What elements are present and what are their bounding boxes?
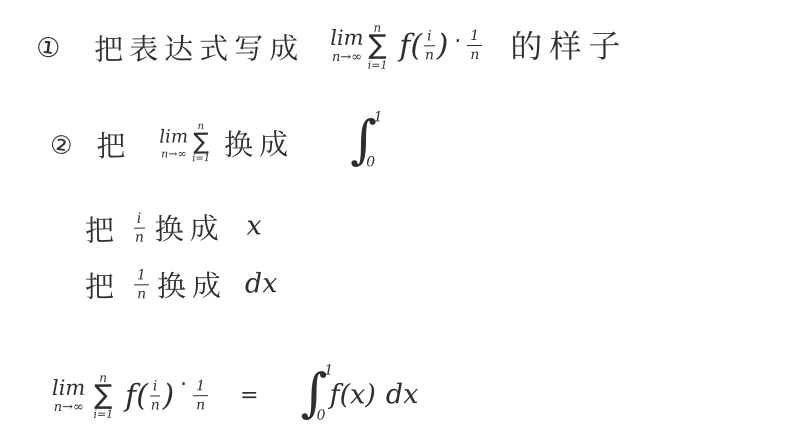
fraction-1-over-n: 1 n [134, 268, 149, 301]
sum-block: n ∑ i=1 [93, 371, 113, 420]
f-close-paren: ) [162, 378, 174, 413]
step1-bullet: ① [34, 31, 62, 65]
sum-block: n ∑ i=1 [367, 22, 387, 71]
fraction-1-over-n: 1 n [467, 29, 482, 62]
lim-subscript: n→∞ [161, 148, 187, 159]
f-open-paren: f( [125, 378, 148, 413]
variable-x: x [246, 210, 262, 241]
step4-lead-text: 把 [85, 265, 120, 306]
step2-lead-text: 把 [96, 123, 131, 164]
step3-line: 把 i n 换成 x [85, 205, 263, 249]
integral-lower-bound: 0 [366, 154, 375, 170]
fraction-1-over-n: 1 n [193, 379, 208, 412]
step1-tail-text: 的样子 [510, 21, 627, 68]
fraction-numerator: 1 [193, 379, 208, 396]
step1-line: ① 把表达式写成 lim n→∞ n ∑ i=1 f( i n ) · 1 n … [36, 20, 628, 73]
lim-word: lim [159, 128, 188, 146]
f-open-paren: f( [399, 28, 422, 63]
limit-block: lim n→∞ [330, 28, 364, 64]
step4-verb-text: 换成 [157, 264, 227, 306]
fraction-denominator: n [151, 396, 160, 412]
sum-lower-limit: i=1 [192, 154, 210, 164]
sigma-symbol: ∑ [368, 35, 386, 58]
multiplication-dot: · [454, 21, 461, 54]
integral-upper-bound: 1 [324, 362, 333, 378]
integral-lower-bound: 0 [317, 408, 326, 424]
fraction-denominator: n [137, 285, 146, 301]
fraction-numerator: i [134, 212, 145, 229]
limit-block: lim n→∞ [159, 128, 188, 159]
sum-lower-limit: i=1 [368, 60, 388, 71]
fraction-denominator: n [425, 46, 434, 62]
integrand-fx: f(x) [329, 379, 375, 410]
sigma-symbol: ∑ [193, 133, 209, 153]
sigma-symbol: ∑ [94, 384, 112, 407]
step4-line: 把 1 n 换成 dx [85, 263, 278, 306]
fraction-i-over-n: i n [150, 379, 161, 412]
lim-word: lim [52, 378, 85, 399]
sum-lower-limit: i=1 [93, 409, 113, 420]
fraction-i-over-n: i n [134, 212, 145, 245]
conclusion-line: lim n→∞ n ∑ i=1 f( i n ) · 1 n = ∫ 1 0 f… [52, 363, 419, 427]
lim-subscript: n→∞ [54, 401, 84, 414]
step1-lead-text: 把表达式写成 [94, 26, 304, 68]
lim-word: lim [330, 28, 364, 49]
step2-line: ② 把 lim n→∞ n ∑ i=1 换成 ∫ 1 0 [50, 110, 378, 175]
fraction-denominator: n [196, 396, 205, 412]
integral-block: ∫ 1 0 [300, 364, 327, 426]
fraction-denominator: n [135, 229, 144, 245]
fraction-numerator: i [424, 29, 435, 46]
step2-bullet: ② [48, 129, 74, 161]
fraction-numerator: 1 [134, 268, 149, 285]
multiplication-dot: · [180, 364, 187, 397]
f-close-paren: ) [437, 28, 449, 63]
integral-upper-bound: 1 [374, 109, 383, 125]
lim-subscript: n→∞ [332, 51, 362, 64]
equals-sign: = [240, 382, 259, 407]
fraction-numerator: i [150, 379, 161, 396]
integral-block: ∫ 1 0 [350, 110, 378, 172]
fraction-numerator: 1 [467, 29, 482, 46]
fraction-denominator: n [470, 46, 479, 62]
sum-block: n ∑ i=1 [192, 122, 210, 165]
step2-verb-text: 换成 [224, 122, 294, 164]
step3-verb-text: 换成 [154, 206, 225, 248]
limit-block: lim n→∞ [52, 378, 86, 414]
handwritten-note-canvas: ① 把表达式写成 lim n→∞ n ∑ i=1 f( i n ) · 1 n … [0, 0, 803, 446]
differential-dx: dx [386, 379, 419, 410]
differential-dx: dx [245, 268, 278, 299]
fraction-i-over-n: i n [424, 29, 435, 62]
step3-lead-text: 把 [85, 208, 121, 250]
